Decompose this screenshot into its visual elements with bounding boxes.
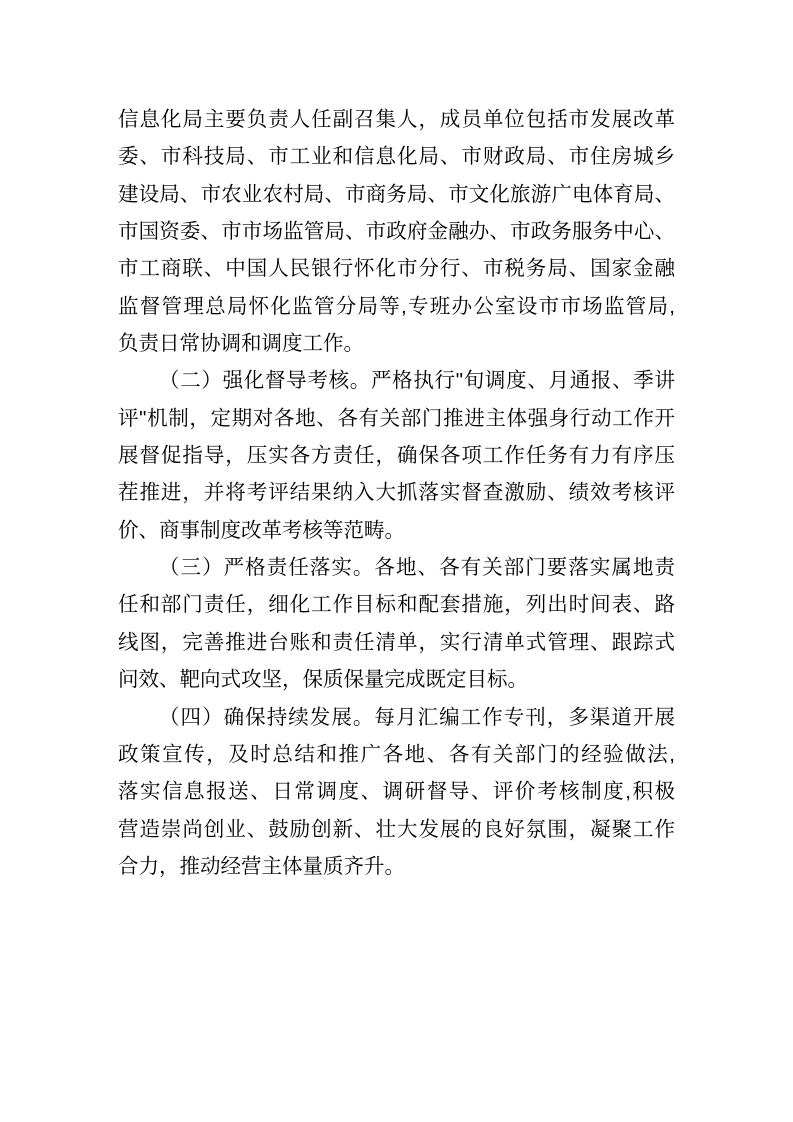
text-line: 任和部门责任，细化工作目标和配套措施，列出时间表、路: [118, 586, 675, 623]
text-line: 价、商事制度改革考核等范畴。: [118, 512, 675, 549]
text-line: 展督促指导，压实各方责任，确保各项工作任务有力有序压: [118, 437, 675, 474]
text-line: 信息化局主要负责人任副召集人，成员单位包括市发展改革: [118, 101, 675, 138]
text-line: 线图，完善推进台账和责任清单，实行清单式管理、跟踪式: [118, 624, 675, 661]
paragraph-1: 信息化局主要负责人任副召集人，成员单位包括市发展改革 委、市科技局、市工业和信息…: [118, 101, 675, 362]
text-line: 建设局、市农业农村局、市商务局、市文化旅游广电体育局、: [118, 176, 675, 213]
document-body: 信息化局主要负责人任副召集人，成员单位包括市发展改革 委、市科技局、市工业和信息…: [118, 101, 675, 885]
text-line: 监督管理总局怀化监管分局等,专班办公室设市市场监管局,: [118, 288, 675, 325]
text-line: 委、市科技局、市工业和信息化局、市财政局、市住房城乡: [118, 138, 675, 175]
text-line: （三）严格责任落实。各地、各有关部门要落实属地责: [118, 549, 675, 586]
text-line: （四）确保持续发展。每月汇编工作专刊，多渠道开展: [118, 699, 675, 736]
text-line: （二）强化督导考核。严格执行"旬调度、月通报、季讲: [118, 362, 675, 399]
text-line: 合力，推动经营主体量质齐升。: [118, 848, 675, 885]
text-line: 政策宣传，及时总结和推广各地、各有关部门的经验做法,: [118, 736, 675, 773]
text-line: 负责日常协调和调度工作。: [118, 325, 675, 362]
paragraph-4: （四）确保持续发展。每月汇编工作专刊，多渠道开展 政策宣传，及时总结和推广各地、…: [118, 699, 675, 886]
text-line: 评"机制，定期对各地、各有关部门推进主体强身行动工作开: [118, 400, 675, 437]
paragraph-3: （三）严格责任落实。各地、各有关部门要落实属地责 任和部门责任，细化工作目标和配…: [118, 549, 675, 698]
text-line: 市国资委、市市场监管局、市政府金融办、市政务服务中心、: [118, 213, 675, 250]
text-line: 营造崇尚创业、鼓励创新、壮大发展的良好氛围，凝聚工作: [118, 811, 675, 848]
paragraph-2: （二）强化督导考核。严格执行"旬调度、月通报、季讲 评"机制，定期对各地、各有关…: [118, 362, 675, 549]
text-line: 问效、靶向式攻坚，保质保量完成既定目标。: [118, 661, 675, 698]
text-line: 市工商联、中国人民银行怀化市分行、市税务局、国家金融: [118, 250, 675, 287]
text-line: 落实信息报送、日常调度、调研督导、评价考核制度,积极: [118, 773, 675, 810]
document-page: 信息化局主要负责人任副召集人，成员单位包括市发展改革 委、市科技局、市工业和信息…: [0, 0, 793, 1122]
text-line: 茬推进，并将考评结果纳入大抓落实督查激励、绩效考核评: [118, 474, 675, 511]
